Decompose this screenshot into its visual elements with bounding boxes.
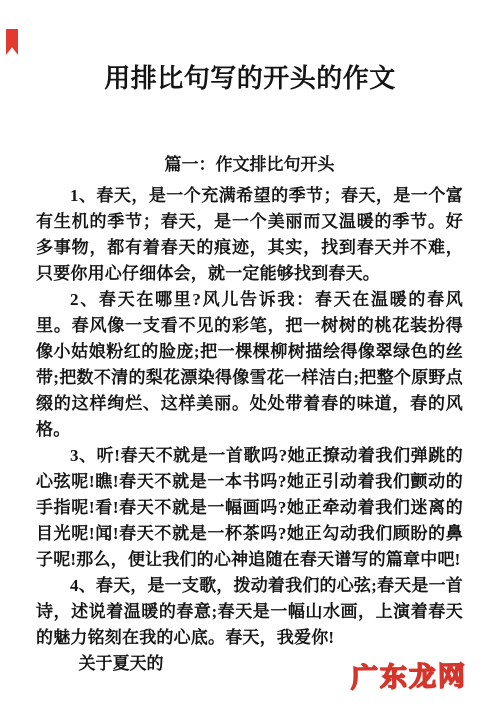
- document-page: 用排比句写的开头的作文 篇一：作文排比句开头 1、春天，是一个充满希望的季节；春…: [0, 0, 500, 707]
- section-heading: 篇一：作文排比句开头: [36, 152, 463, 178]
- paragraph-4: 4、春天，是一支歌，拨动着我们的心弦;春天是一首诗，述说着温暖的春意;春天是一幅…: [36, 573, 463, 651]
- paragraph-3: 3、听!春天不就是一首歌吗?她正撩动着我们弹跳的心弦呢!瞧!春天不就是一本书吗?…: [36, 443, 463, 573]
- page-title: 用排比句写的开头的作文: [0, 0, 500, 98]
- document-body: 篇一：作文排比句开头 1、春天，是一个充满希望的季节；春天，是一个富有生机的季节…: [36, 152, 463, 677]
- paragraph-2: 2、春天在哪里?风儿告诉我：春天在温暖的春风里。春风像一支看不见的彩笔，把一树树…: [36, 287, 463, 443]
- paragraph-1: 1、春天，是一个充满希望的季节；春天，是一个富有生机的季节；春天，是一个美丽而又…: [36, 183, 463, 287]
- site-watermark: 广东龙网: [351, 662, 468, 694]
